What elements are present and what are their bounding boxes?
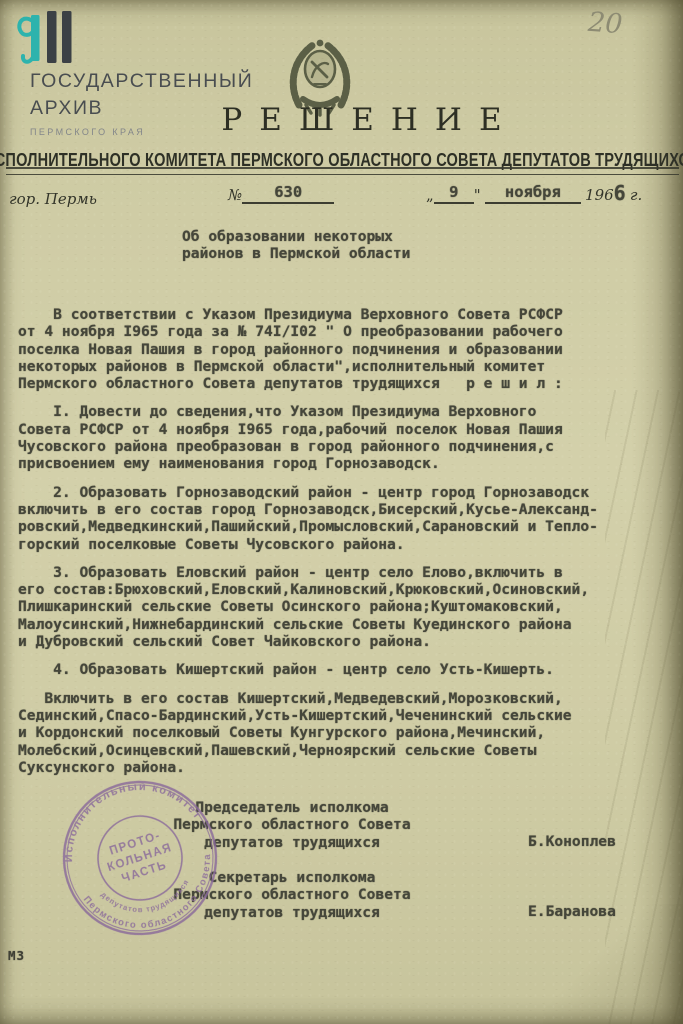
year-typed-digit: 6: [614, 181, 626, 205]
number-sign: №: [228, 186, 242, 204]
doc-number-value: 630: [274, 183, 302, 201]
paragraph-item-3: 3. Образовать Еловский район - центр сел…: [18, 564, 666, 650]
signature-name: Б.Коноплев: [528, 833, 616, 850]
doc-date-field: „9" ноября 1966 г.: [426, 186, 642, 207]
pencil-page-number: 20: [587, 7, 623, 40]
double-rule: [6, 167, 679, 175]
doc-month-value: ноября: [505, 183, 561, 201]
doc-type-title: РЕШЕНИЕ: [40, 102, 683, 138]
document-page: ГОСУДАРСТВЕННЫЙ АРХИВ ПЕРМСКОГО КРАЯ 20 …: [0, 0, 683, 1024]
paragraph-item-1: I. Довести до сведения,что Указом Презид…: [18, 403, 666, 472]
pencil-page-number-value: 20: [587, 7, 623, 40]
signature-name: Е.Баранова: [528, 903, 616, 920]
paragraph-item-2: 2. Образовать Горнозаводский район - цен…: [18, 484, 666, 553]
doc-day-value: 9: [449, 183, 458, 201]
doc-subject: Об образовании некоторых районов в Пермс…: [182, 228, 410, 263]
paragraph-item-4b: Включить в его состав Кишертский,Медведе…: [18, 690, 666, 776]
paragraph-preamble: В соответствии с Указом Президиума Верхо…: [18, 306, 666, 392]
archive-logo-line1: ГОСУДАРСТВЕННЫЙ: [30, 70, 253, 93]
city-label: гор. Пермь: [9, 190, 97, 208]
year-printed: 196: [585, 186, 614, 204]
year-suffix: г.: [630, 186, 642, 204]
open-quote: „: [426, 186, 434, 204]
close-quote: ": [474, 186, 481, 204]
doc-number-field: №630: [228, 186, 334, 207]
paragraph-item-4: 4. Образовать Кишертский район - центр с…: [18, 661, 666, 678]
archive-logo-icon: [14, 6, 74, 68]
doc-body: В соответствии с Указом Президиума Верхо…: [18, 306, 666, 787]
printer-mark: МЗ: [8, 948, 25, 963]
